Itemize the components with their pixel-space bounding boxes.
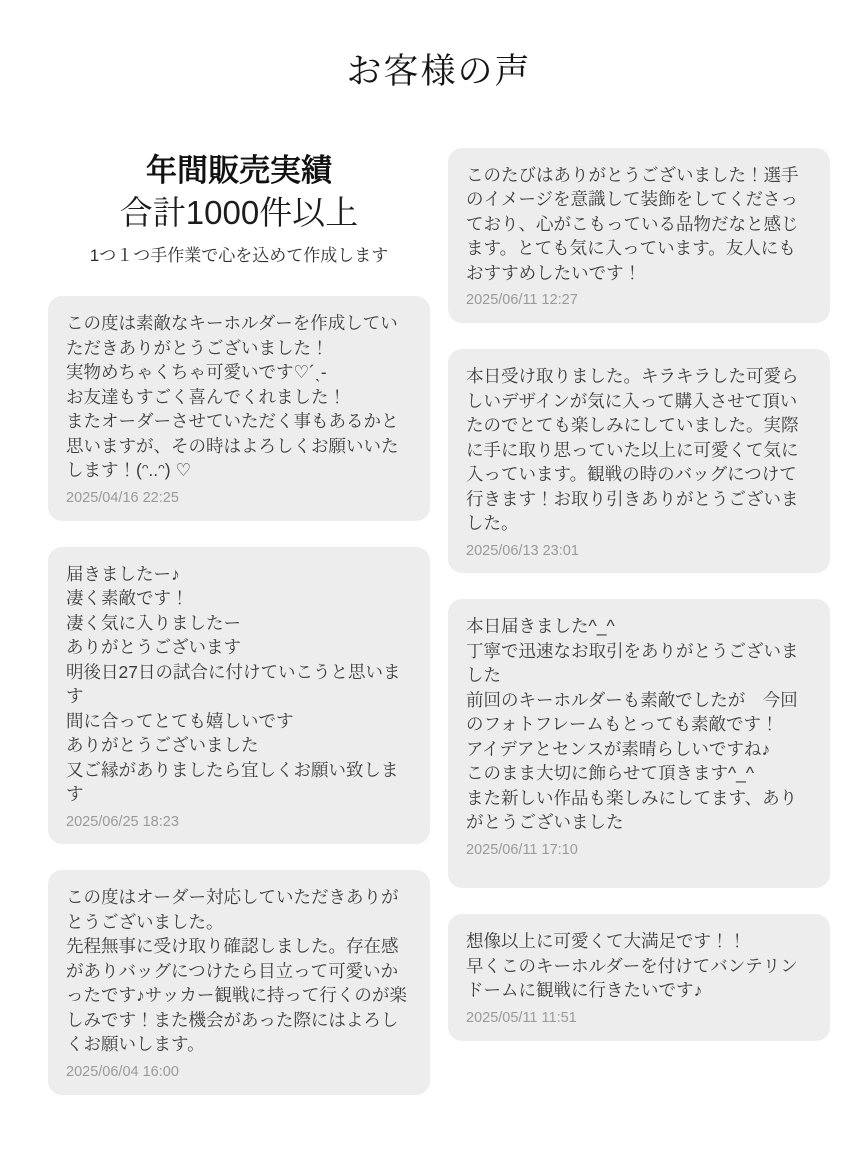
review-date: 2025/06/13 23:01 xyxy=(466,542,812,561)
sales-total: 合計1000件以上 xyxy=(48,192,430,235)
review-text: 本日受け取りました。キラキラした可愛らしいデザインが気に入って購入させて頂いたの… xyxy=(466,364,812,536)
review-text: この度はオーダー対応していただきありがとうございました。 先程無事に受け取り確認… xyxy=(66,885,412,1057)
customer-voices-page: お客様の声 年間販売実績 合計1000件以上 1つ１つ手作業で心を込めて作成しま… xyxy=(0,0,864,1155)
review-date: 2025/04/16 22:25 xyxy=(66,489,412,508)
reviews-right-column: このたびはありがとうございました！選手のイメージを意識して装飾をしてくださってお… xyxy=(448,148,830,1041)
review-text: このたびはありがとうございました！選手のイメージを意識して装飾をしてくださってお… xyxy=(466,163,812,286)
review-date: 2025/06/04 16:00 xyxy=(66,1063,412,1082)
review-text: 本日届きました^_^ 丁寧で迅速なお取引をありがとうございました 前回のキーホル… xyxy=(466,614,812,835)
review-text: 届きましたー♪ 凄く素敵です！ 凄く気に入りましたー ありがとうございます 明後… xyxy=(66,562,412,807)
review-text: 想像以上に可愛くて大満足です！！ 早くこのキーホルダーを付けてバンテリンドームに… xyxy=(466,929,812,1003)
review-card: このたびはありがとうございました！選手のイメージを意識して装飾をしてくださってお… xyxy=(448,148,830,323)
review-card: 届きましたー♪ 凄く素敵です！ 凄く気に入りましたー ありがとうございます 明後… xyxy=(48,547,430,845)
review-date: 2025/06/11 17:10 xyxy=(466,841,812,860)
reviews-left-column: 年間販売実績 合計1000件以上 1つ１つ手作業で心を込めて作成します この度は… xyxy=(48,148,430,1095)
review-text: この度は素敵なキーホルダーを作成していただきありがとうございました！ 実物めちゃ… xyxy=(66,311,412,483)
sales-headline: 年間販売実績 xyxy=(48,150,430,192)
sales-record-header: 年間販売実績 合計1000件以上 1つ１つ手作業で心を込めて作成します xyxy=(48,150,430,269)
sales-subtitle: 1つ１つ手作業で心を込めて作成します xyxy=(48,244,430,268)
reviews-columns: 年間販売実績 合計1000件以上 1つ１つ手作業で心を込めて作成します この度は… xyxy=(48,148,830,1095)
review-card: この度はオーダー対応していただきありがとうございました。 先程無事に受け取り確認… xyxy=(48,870,430,1094)
review-date: 2025/06/11 12:27 xyxy=(466,291,812,310)
review-card: 本日届きました^_^ 丁寧で迅速なお取引をありがとうございました 前回のキーホル… xyxy=(448,599,830,888)
review-card: この度は素敵なキーホルダーを作成していただきありがとうございました！ 実物めちゃ… xyxy=(48,296,430,520)
review-date: 2025/06/25 18:23 xyxy=(66,813,412,832)
page-title: お客様の声 xyxy=(48,50,830,94)
review-card: 本日受け取りました。キラキラした可愛らしいデザインが気に入って購入させて頂いたの… xyxy=(448,349,830,573)
review-date: 2025/05/11 11:51 xyxy=(466,1009,812,1028)
review-card: 想像以上に可愛くて大満足です！！ 早くこのキーホルダーを付けてバンテリンドームに… xyxy=(448,914,830,1040)
